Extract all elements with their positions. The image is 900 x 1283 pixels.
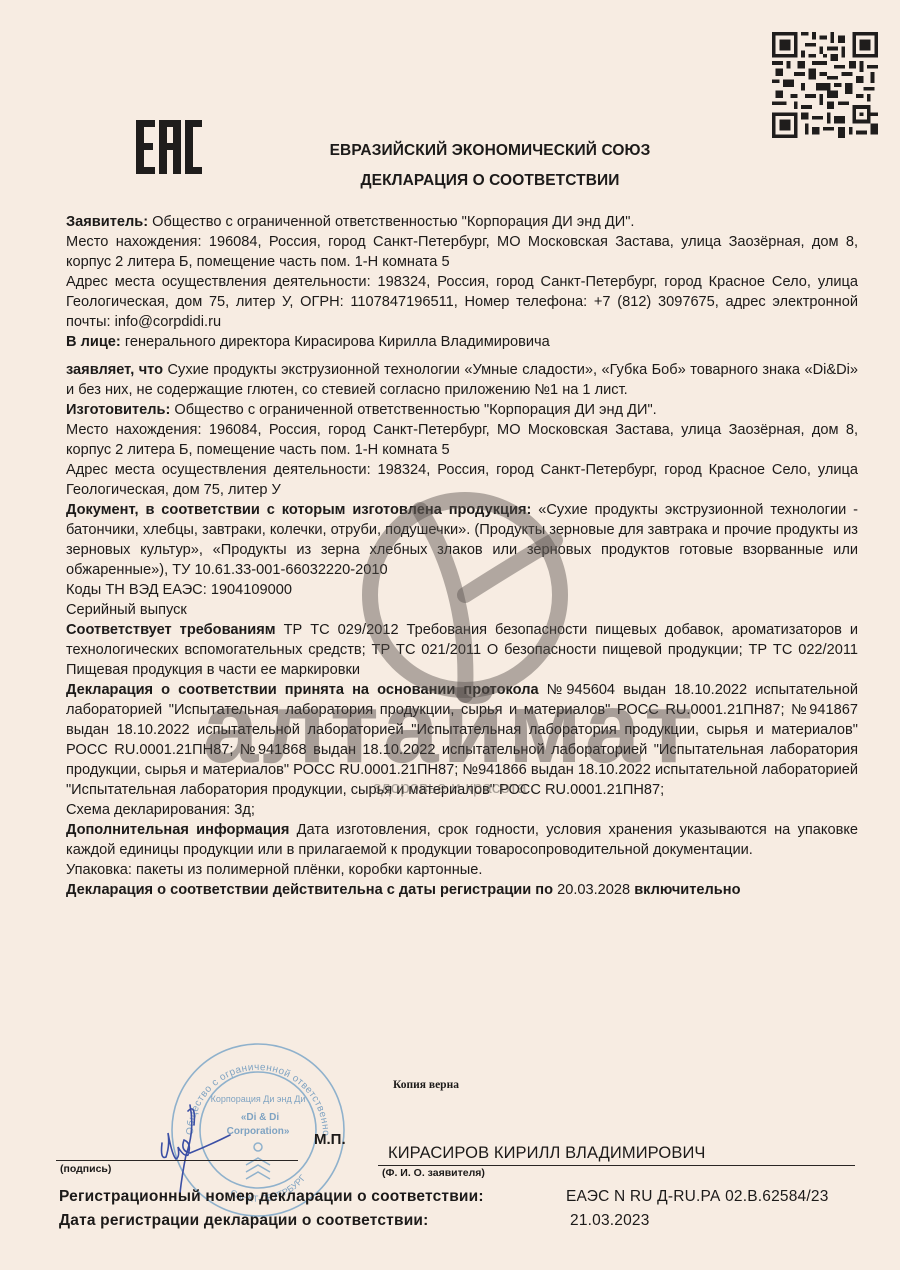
declares-text: Сухие продукты экструзионной технологии …: [66, 362, 858, 398]
manufacturer-location: Место нахождения: 196084, Россия, город …: [66, 420, 858, 460]
signature-icon: [150, 1085, 300, 1195]
qr-code[interactable]: [772, 32, 878, 138]
validity-line: Декларация о соответствии действительна …: [66, 880, 858, 900]
signature-caption: (подпись): [60, 1163, 111, 1175]
name-line: [378, 1165, 855, 1166]
svg-text:Общество с ограниченной ответс: Общество с ограниченной ответственностью: [168, 1040, 331, 1136]
applicant-location: Место нахождения: 196084, Россия, город …: [66, 232, 858, 272]
tnved-codes: Коды ТН ВЭД ЕАЭС: 1904109000: [66, 580, 858, 600]
manufacturer-label: Изготовитель:: [66, 402, 170, 418]
requirements-paragraph: Соответствует требованиям ТР ТС 029/2012…: [66, 620, 858, 680]
additional-info-label: Дополнительная информация: [66, 822, 289, 838]
additional-info-paragraph: Дополнительная информация Дата изготовле…: [66, 820, 858, 860]
registration-number: ЕАЭС N RU Д-RU.РА 02.В.62584/23: [566, 1188, 829, 1206]
applicant-name: Общество с ограниченной ответственностью…: [148, 214, 634, 230]
document-paragraph: Документ, в соответствии с которым изгот…: [66, 500, 858, 580]
signature-line: [56, 1160, 298, 1161]
represented-label: В лице:: [66, 334, 121, 350]
applicant-full-name: КИРАСИРОВ КИРИЛЛ ВЛАДИМИРОВИЧ: [388, 1144, 706, 1163]
registration-number-label: Регистрационный номер декларации о соотв…: [59, 1188, 484, 1206]
stamp-brand-line1: «Di & Di: [241, 1112, 280, 1123]
protocol-paragraph: Декларация о соответствии принята на осн…: [66, 680, 858, 800]
declaration-scheme: Схема декларирования: 3д;: [66, 800, 858, 820]
stamp-top-text: Общество с ограниченной ответственностью: [168, 1040, 331, 1136]
manufacturer-line: Изготовитель: Общество с ограниченной от…: [66, 400, 858, 420]
stamp-brand-line2: Corporation»: [227, 1126, 290, 1137]
seal-mark: М.П.: [314, 1131, 346, 1148]
applicant-label: Заявитель:: [66, 214, 148, 230]
document-title: ДЕКЛАРАЦИЯ О СООТВЕТСТВИИ: [0, 172, 900, 190]
represented-line: В лице: генерального директора Кирасиров…: [66, 332, 858, 352]
declaration-page: ЕВРАЗИЙСКИЙ ЭКОНОМИЧЕСКИЙ СОЮЗ ДЕКЛАРАЦИ…: [0, 0, 900, 1270]
copy-certified-note: Копия верна: [393, 1079, 459, 1091]
validity-label: Декларация о соответствии действительна …: [66, 882, 553, 898]
stamp-middle-text: Корпорация Ди энд Ди: [211, 1094, 306, 1104]
protocol-text: №945604 выдан 18.10.2022 испытательной л…: [66, 682, 858, 798]
registration-date-label: Дата регистрации декларации о соответств…: [59, 1212, 429, 1230]
applicant-line: Заявитель: Общество с ограниченной ответ…: [66, 212, 858, 232]
manufacturer-activity-address: Адрес места осуществления деятельности: …: [66, 460, 858, 500]
declares-paragraph: заявляет, что Сухие продукты экструзионн…: [66, 360, 858, 400]
validity-suffix: включительно: [634, 882, 740, 898]
declaration-body: Заявитель: Общество с ограниченной ответ…: [66, 212, 858, 900]
registration-date: 21.03.2023: [570, 1212, 650, 1230]
requirements-label: Соответствует требованиям: [66, 622, 276, 638]
applicant-name-caption: (Ф. И. О. заявителя): [382, 1167, 485, 1179]
union-title: ЕВРАЗИЙСКИЙ ЭКОНОМИЧЕСКИЙ СОЮЗ: [0, 142, 900, 160]
manufacturer-name: Общество с ограниченной ответственностью…: [170, 402, 656, 418]
represented-by: генерального директора Кирасирова Кирилл…: [121, 334, 550, 350]
release-type: Серийный выпуск: [66, 600, 858, 620]
packaging: Упаковка: пакеты из полимерной плёнки, к…: [66, 860, 858, 880]
validity-date: 20.03.2028: [553, 882, 634, 898]
protocol-label: Декларация о соответствии принята на осн…: [66, 682, 539, 698]
applicant-activity-address: Адрес места осуществления деятельности: …: [66, 272, 858, 332]
document-label: Документ, в соответствии с которым изгот…: [66, 502, 531, 518]
declares-label: заявляет, что: [66, 362, 163, 378]
